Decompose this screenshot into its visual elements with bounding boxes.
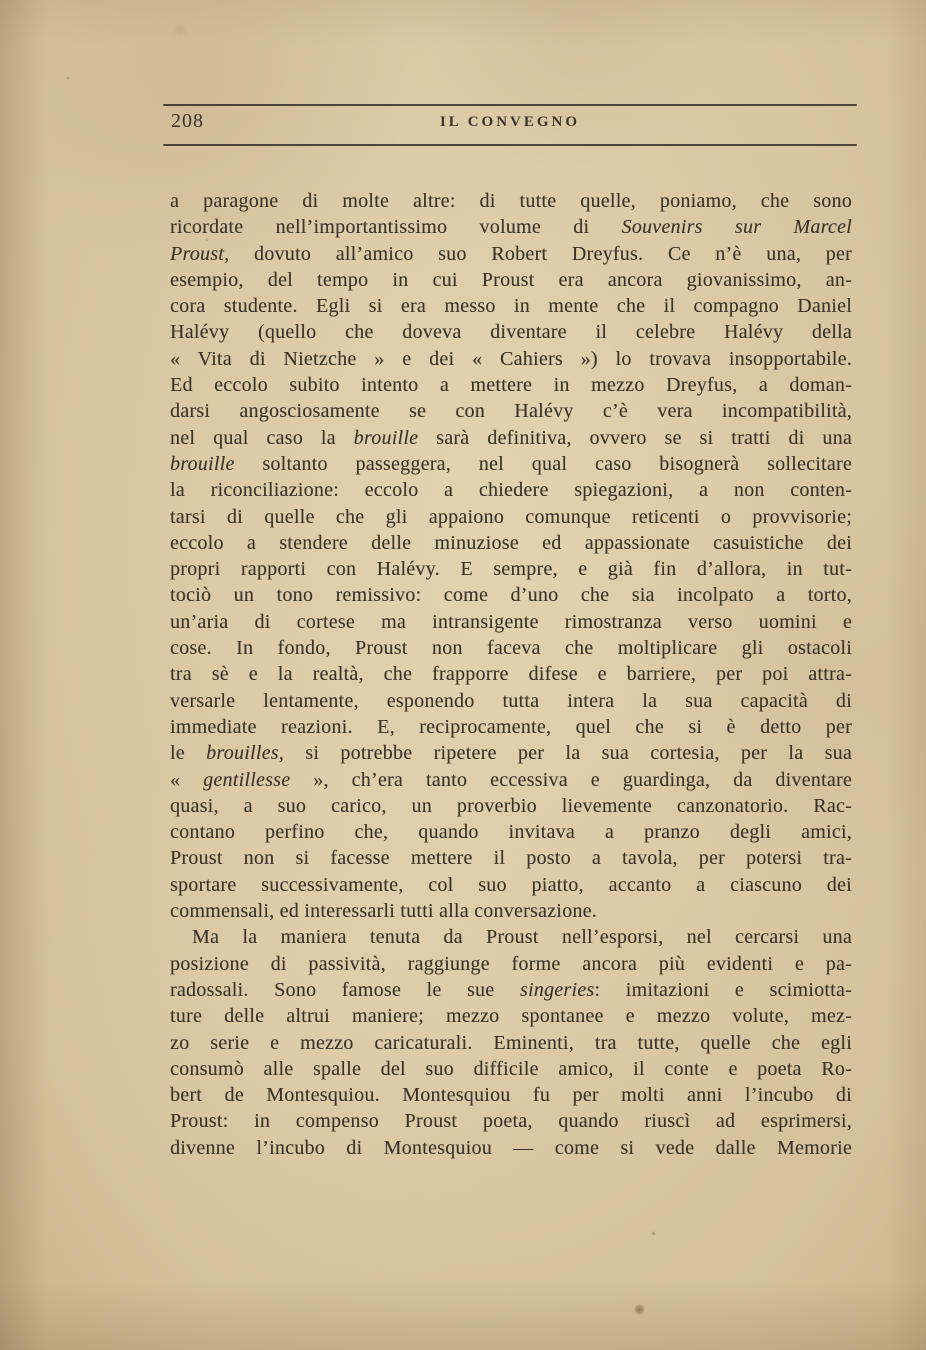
text-line: Proust: in compenso Proust poeta, quando… — [170, 1108, 852, 1134]
text-run: un’aria di cortese ma intransigente rimo… — [170, 611, 852, 633]
text-run: sarà definitiva, ovvero se si tratti di … — [418, 427, 852, 449]
text-line: contano perfino che, quando invitava a p… — [170, 819, 852, 845]
text-line: cose. In fondo, Proust non faceva che mo… — [170, 635, 852, 661]
text-line: posizione di passività, raggiunge forme … — [170, 951, 852, 977]
text-line: Proust non si facesse mettere il posto a… — [170, 845, 852, 871]
text-line: eccolo a stendere delle minuziose ed app… — [170, 530, 852, 556]
text-run: : imitazioni e scimiotta- — [594, 979, 852, 1001]
text-run: », ch’era tanto eccessiva e guardinga, d… — [290, 769, 852, 791]
text-line: consumò alle spalle del suo difficile am… — [170, 1056, 852, 1082]
text-line: propri rapporti con Halévy. E sempre, e … — [170, 556, 852, 582]
text-line: sportare successivamente, col suo piatto… — [170, 872, 852, 898]
text-block: a paragone di molte altre: di tutte quel… — [170, 188, 852, 1161]
text-run: ture delle altrui maniere; mezzo spontan… — [170, 1005, 852, 1027]
text-line: zo serie e mezzo caricaturali. Eminenti,… — [170, 1030, 852, 1056]
text-run: le — [170, 742, 206, 764]
text-line: « Vita di Nietzche » e dei « Cahiers ») … — [170, 346, 852, 372]
text-run: quasi, a suo carico, un proverbio lievem… — [170, 795, 852, 817]
text-line: tarsi di quelle che gli appaiono comunqu… — [170, 504, 852, 530]
text-line: quasi, a suo carico, un proverbio lievem… — [170, 793, 852, 819]
text-line: versarle lentamente, esponendo tutta int… — [170, 688, 852, 714]
text-line: Proust, dovuto all’amico suo Robert Drey… — [170, 241, 852, 267]
text-line: « gentillesse », ch’era tanto eccessiva … — [170, 767, 852, 793]
text-run: divenne l’incubo di Montesquiou — come s… — [170, 1137, 852, 1159]
text-run: ricordate nell’importantissimo volume di — [170, 216, 622, 238]
text-run: cora studente. Egli si era messo in ment… — [170, 295, 852, 317]
text-run: a paragone di molte altre: di tutte quel… — [170, 190, 852, 212]
text-line: nel qual caso la brouille sarà definitiv… — [170, 425, 852, 451]
text-run: Proust non si facesse mettere il posto a… — [170, 847, 852, 869]
text-line: cora studente. Egli si era messo in ment… — [170, 293, 852, 319]
text-line: bert de Montesquiou. Montesquiou fu per … — [170, 1082, 852, 1108]
text-run: radossali. Sono famose le sue — [170, 979, 520, 1001]
text-run: eccolo a stendere delle minuziose ed app… — [170, 532, 852, 554]
text-run: esempio, del tempo in cui Proust era anc… — [170, 269, 852, 291]
text-line: ricordate nell’importantissimo volume di… — [170, 214, 852, 240]
running-title: IL CONVEGNO — [163, 114, 857, 131]
text-line: le brouilles, si potrebbe ripetere per l… — [170, 740, 852, 766]
text-line: a paragone di molte altre: di tutte quel… — [170, 188, 852, 214]
text-run: , si potrebbe ripetere per la sua cortes… — [279, 742, 852, 764]
text-run: tra sè e la realtà, che frapporre difese… — [170, 663, 852, 685]
text-run: dovuto all’amico suo Robert Dreyfus. Ce … — [229, 243, 852, 265]
text-run: Ed eccolo subito intento a mettere in me… — [170, 374, 852, 396]
text-run: Halévy (quello che doveva diventare il c… — [170, 321, 852, 343]
text-line: Halévy (quello che doveva diventare il c… — [170, 319, 852, 345]
text-line: tociò un tono remissivo: come d’uno che … — [170, 582, 852, 608]
scanned-book-page: { "header": { "page_number": "208", "run… — [0, 0, 926, 1350]
text-line: un’aria di cortese ma intransigente rimo… — [170, 609, 852, 635]
text-run: posizione di passività, raggiunge forme … — [170, 953, 852, 975]
text-run: immediate reazioni. E, reciprocamente, q… — [170, 716, 852, 738]
text-run: zo serie e mezzo caricaturali. Eminenti,… — [170, 1032, 852, 1054]
text-line: la riconciliazione: eccolo a chiedere sp… — [170, 477, 852, 503]
text-run: bert de Montesquiou. Montesquiou fu per … — [170, 1084, 852, 1106]
text-line: radossali. Sono famose le sue singeries:… — [170, 977, 852, 1003]
text-line: darsi angosciosamente se con Halévy c’è … — [170, 398, 852, 424]
text-run: cose. In fondo, Proust non faceva che mo… — [170, 637, 852, 659]
italic-text-run: singeries — [520, 979, 594, 1001]
text-run: la riconciliazione: eccolo a chiedere sp… — [170, 479, 852, 501]
text-run: nel qual caso la — [170, 427, 354, 449]
text-run: tociò un tono remissivo: come d’uno che … — [170, 584, 852, 606]
text-run: sportare successivamente, col suo piatto… — [170, 874, 852, 896]
header-rule-bottom — [163, 144, 857, 146]
text-line: esempio, del tempo in cui Proust era anc… — [170, 267, 852, 293]
text-run: commensali, ed interessarli tutti alla c… — [170, 900, 597, 922]
text-run: versarle lentamente, esponendo tutta int… — [170, 690, 852, 712]
text-run: darsi angosciosamente se con Halévy c’è … — [170, 400, 852, 422]
italic-text-run: gentillesse — [203, 769, 290, 791]
text-line: tra sè e la realtà, che frapporre difese… — [170, 661, 852, 687]
text-run: « Vita di Nietzche » e dei « Cahiers ») … — [170, 348, 852, 370]
italic-text-run: Souvenirs sur Marcel — [622, 216, 852, 238]
text-run: tarsi di quelle che gli appaiono comunqu… — [170, 506, 852, 528]
italic-text-run: Proust, — [170, 243, 229, 265]
text-line: Ma la maniera tenuta da Proust nell’espo… — [170, 924, 852, 950]
italic-text-run: brouille — [354, 427, 419, 449]
text-line: immediate reazioni. E, reciprocamente, q… — [170, 714, 852, 740]
text-line: commensali, ed interessarli tutti alla c… — [170, 898, 852, 924]
text-line: divenne l’incubo di Montesquiou — come s… — [170, 1135, 852, 1161]
text-line: Ed eccolo subito intento a mettere in me… — [170, 372, 852, 398]
text-line: brouille soltanto passeggera, nel qual c… — [170, 451, 852, 477]
text-run: Proust: in compenso Proust poeta, quando… — [170, 1110, 852, 1132]
italic-text-run: brouille — [170, 453, 235, 475]
text-run: Ma la maniera tenuta da Proust nell’espo… — [192, 926, 852, 948]
text-line: ture delle altrui maniere; mezzo spontan… — [170, 1003, 852, 1029]
text-run: contano perfino che, quando invitava a p… — [170, 821, 852, 843]
italic-text-run: brouilles — [206, 742, 279, 764]
text-run: propri rapporti con Halévy. E sempre, e … — [170, 558, 852, 580]
text-run: consumò alle spalle del suo difficile am… — [170, 1058, 852, 1080]
text-run: soltanto passeggera, nel qual caso bisog… — [235, 453, 852, 475]
header-rule-top — [163, 104, 857, 106]
text-run: « — [170, 769, 203, 791]
